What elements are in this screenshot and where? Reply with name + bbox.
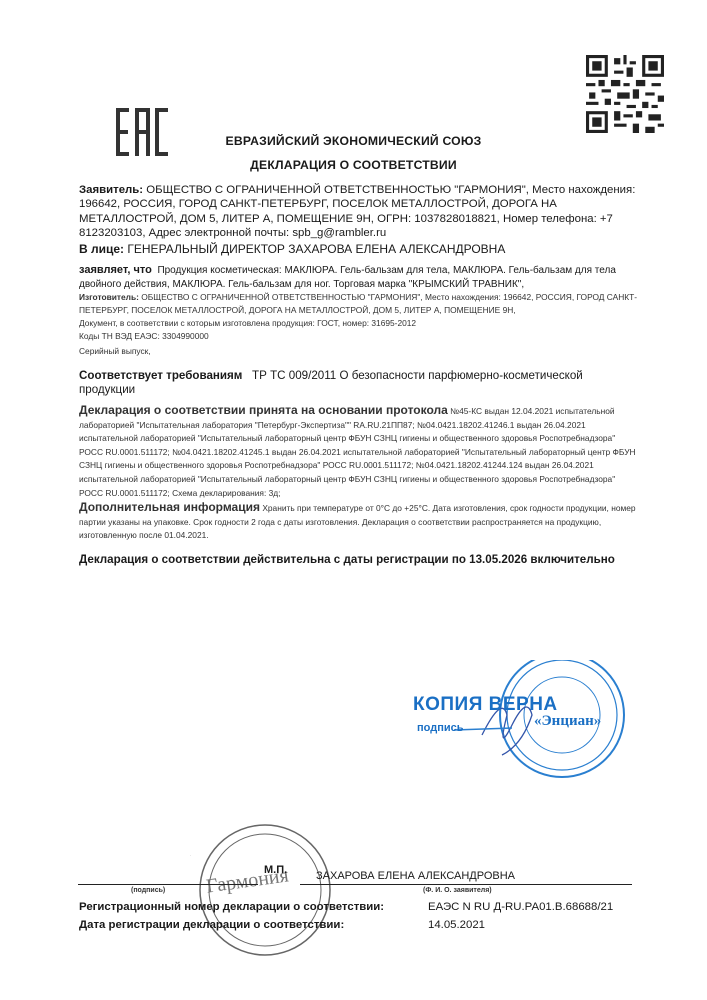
representative-section: В лице: ГЕНЕРАЛЬНЫЙ ДИРЕКТОР ЗАХАРОВА ЕЛ… xyxy=(79,242,639,256)
document-line: Документ, в соответствии с которым изгот… xyxy=(79,317,639,330)
requirements-section: Соответствует требованиям ТР ТС 009/2011… xyxy=(79,369,639,398)
signature-line xyxy=(78,884,258,885)
manufacturer-section: Изготовитель: ОБЩЕСТВО С ОГРАНИЧЕННОЙ ОТ… xyxy=(79,291,639,317)
name-caption: (Ф. И. О. заявителя) xyxy=(423,887,492,894)
stamp-org-name: «Энциан» xyxy=(534,713,601,730)
requirements-label: Соответствует требованиям xyxy=(79,369,242,382)
registration-date-label: Дата регистрации декларации о соответств… xyxy=(79,919,344,931)
copy-certified-stamp-icon xyxy=(402,660,652,830)
manufacturer-text: ОБЩЕСТВО С ОГРАНИЧЕННОЙ ОТВЕТСТВЕННОСТЬЮ… xyxy=(79,292,637,315)
mp-label: М.П. xyxy=(264,864,287,876)
document-title: ДЕКЛАРАЦИЯ О СООТВЕТСТВИИ xyxy=(0,158,707,172)
representative-text: ГЕНЕРАЛЬНЫЙ ДИРЕКТОР ЗАХАРОВА ЕЛЕНА АЛЕК… xyxy=(127,242,505,256)
union-title: ЕВРАЗИЙСКИЙ ЭКОНОМИЧЕСКИЙ СОЮЗ xyxy=(0,134,707,148)
eac-logo-icon xyxy=(116,108,168,156)
applicant-section: Заявитель: ОБЩЕСТВО С ОГРАНИЧЕННОЙ ОТВЕТ… xyxy=(79,183,639,240)
declares-text: Продукция косметическая: МАКЛЮРА. Гель-б… xyxy=(79,265,616,290)
registration-number-label: Регистрационный номер декларации о соотв… xyxy=(79,901,384,913)
protocol-section: Декларация о соответствии принята на осн… xyxy=(79,404,639,500)
protocol-label: Декларация о соответствии принята на осн… xyxy=(79,403,448,417)
registration-date-value: 14.05.2021 xyxy=(428,919,485,931)
applicant-text: ОБЩЕСТВО С ОГРАНИЧЕННОЙ ОТВЕТСТВЕННОСТЬЮ… xyxy=(79,184,635,239)
serial-line: Серийный выпуск, xyxy=(79,345,639,358)
manufacturer-label: Изготовитель: xyxy=(79,292,139,302)
representative-label: В лице: xyxy=(79,242,124,256)
additional-label: Дополнительная информация xyxy=(79,500,260,514)
registration-number-value: ЕАЭС N RU Д-RU.РА01.В.68688/21 xyxy=(428,901,613,913)
stamp-signature-label: подпись xyxy=(417,722,464,734)
applicant-label: Заявитель: xyxy=(79,184,143,196)
signature-caption: (подпись) xyxy=(131,887,165,894)
codes-line: Коды ТН ВЭД ЕАЭС: 3304990000 xyxy=(79,330,639,343)
declares-section: заявляет, что Продукция косметическая: М… xyxy=(79,263,639,292)
validity-statement: Декларация о соответствии действительна … xyxy=(79,553,679,567)
signatory-name: ЗАХАРОВА ЕЛЕНА АЛЕКСАНДРОВНА xyxy=(316,870,515,882)
name-line xyxy=(300,884,632,885)
declares-label: заявляет, что xyxy=(79,264,152,276)
additional-section: Дополнительная информация Хранить при те… xyxy=(79,501,639,543)
protocol-text: №45-КС выдан 12.04.2021 испытательной ла… xyxy=(79,406,636,498)
qr-code-icon xyxy=(586,55,664,133)
